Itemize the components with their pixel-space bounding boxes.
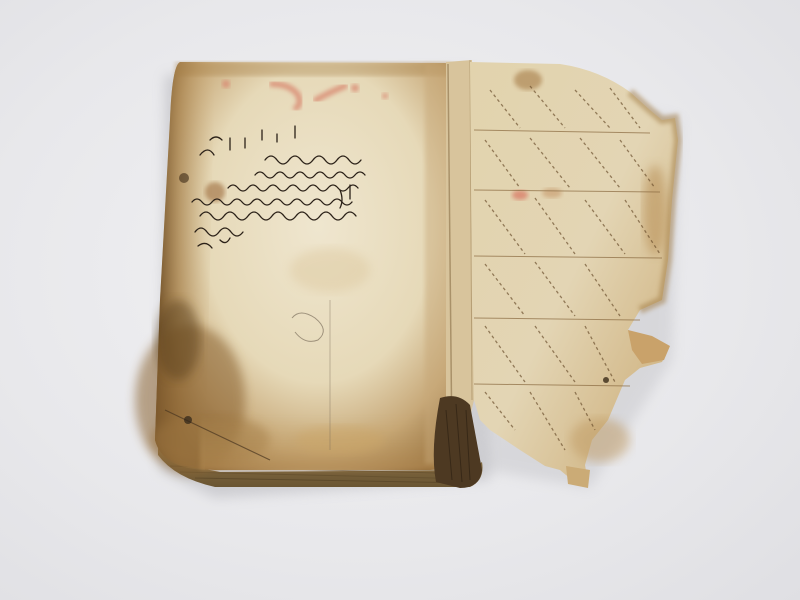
left-page bbox=[135, 62, 452, 475]
manuscript-photo bbox=[0, 0, 800, 600]
right-page-torn-leaf bbox=[470, 62, 678, 488]
